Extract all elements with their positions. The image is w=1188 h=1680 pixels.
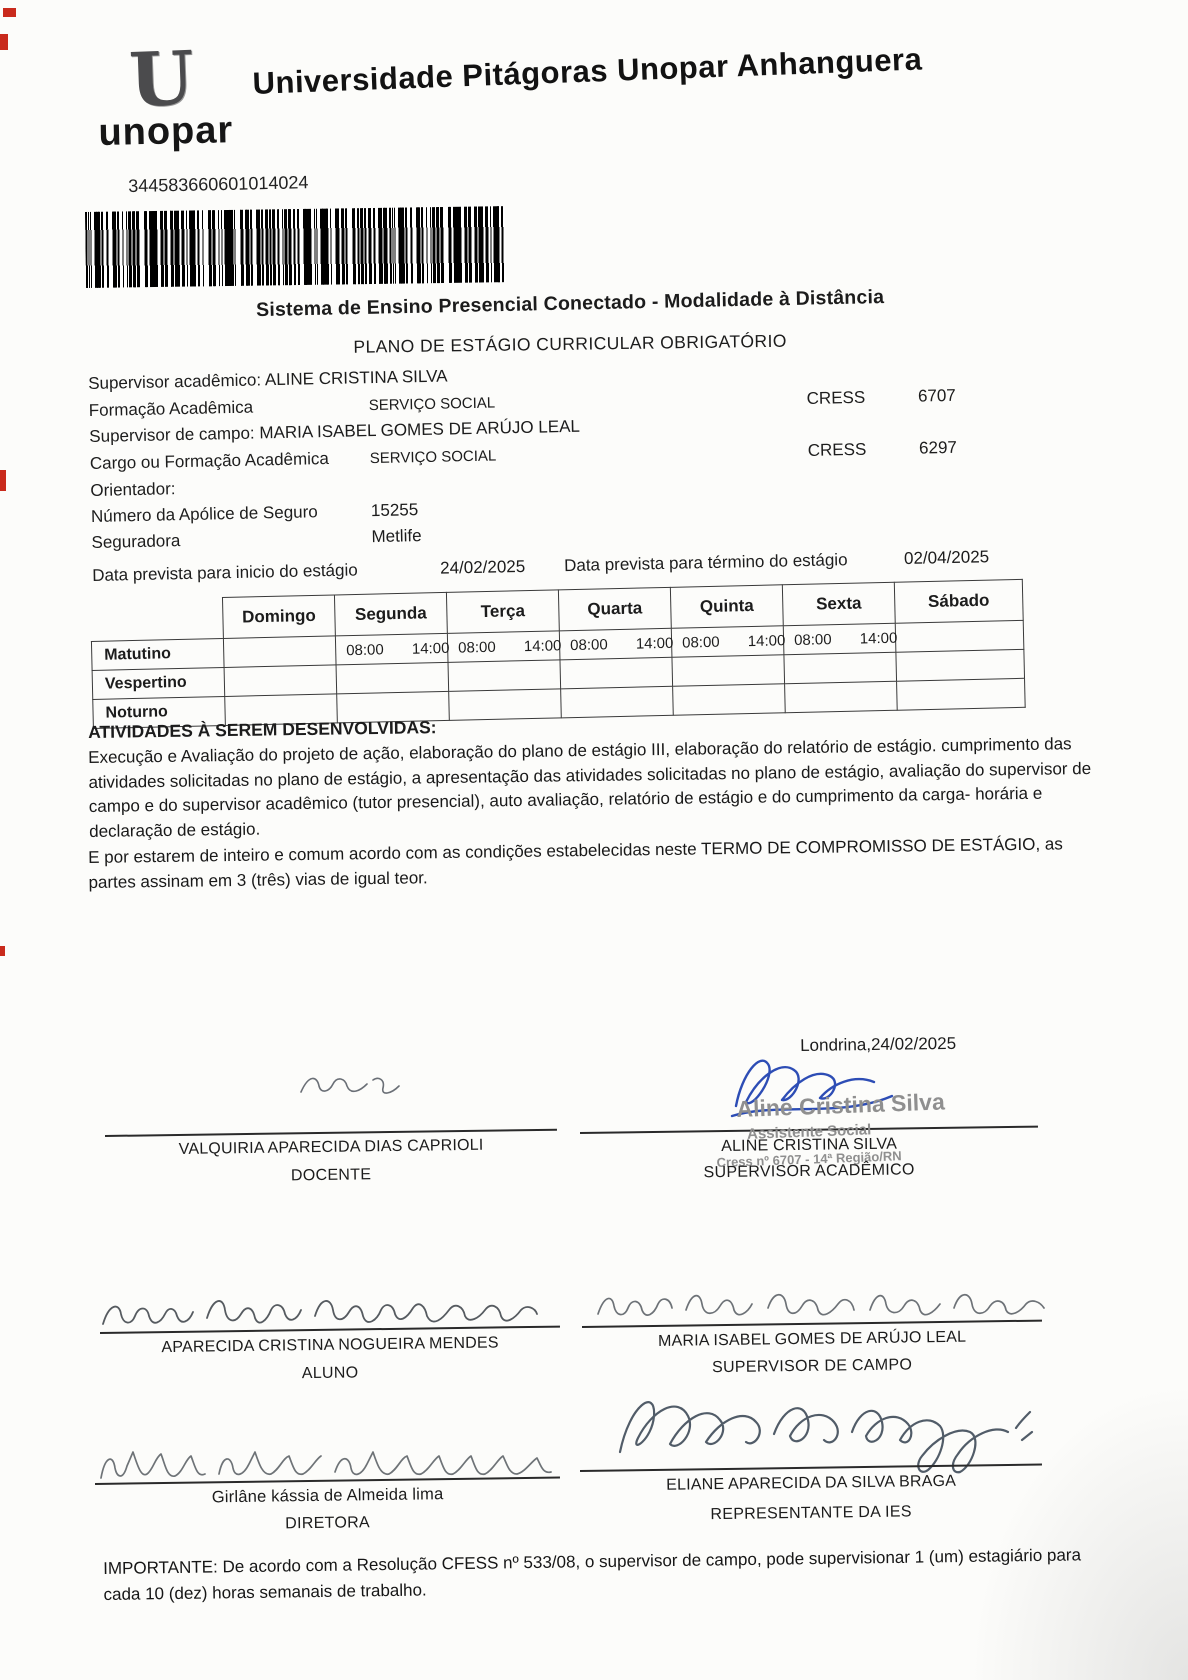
data-inicio-value: 24/02/2025 [440, 557, 525, 579]
cress-1: CRESS 6707 [806, 386, 956, 409]
schedule-cell: 08:00 14:00 [783, 623, 896, 655]
schedule-header-terca: Terça [446, 590, 559, 634]
schedule-header-blank [91, 597, 224, 641]
schedule-cell [223, 636, 336, 668]
cargo-value: SERVIÇO SOCIAL [370, 447, 497, 467]
activities-heading: ATIVIDADES À SEREM DESENVOLVIDAS: [88, 717, 437, 743]
schedule-cell [336, 662, 449, 694]
schedule-cell [672, 655, 785, 687]
data-inicio-label: Data prevista para inicio do estágio [92, 560, 358, 585]
schedule-cell [785, 681, 898, 713]
aluno-role: ALUNO [100, 1362, 560, 1386]
schedule-cell [784, 652, 897, 684]
schedule-cell [895, 620, 1024, 652]
schedule-cell [449, 689, 562, 721]
supervisor-campo-label: Supervisor de campo: [89, 424, 255, 446]
schedule-cell [673, 684, 786, 716]
docente-role: DOCENTE [105, 1164, 557, 1188]
diretora-role: DIRETORA [95, 1512, 560, 1536]
formacao-value: SERVIÇO SOCIAL [369, 394, 496, 414]
page-title: PLANO DE ESTÁGIO CURRICULAR OBRIGATÓRIO [120, 327, 1020, 361]
schedule-header-sexta: Sexta [782, 582, 895, 626]
schedule-header-quarta: Quarta [558, 587, 671, 631]
supervisor-campo-role: SUPERVISOR DE CAMPO [582, 1355, 1042, 1379]
supervisor-campo-name: MARIA ISABEL GOMES DE ARÚJO LEAL [582, 1328, 1042, 1352]
supervisor-academico-value: ALINE CRISTINA SILVA [265, 366, 448, 389]
schedule-header-domingo: Domingo [222, 595, 335, 639]
supervisor-academico-label: Supervisor acadêmico: [88, 370, 261, 393]
scan-artifact-red [0, 946, 5, 956]
scanned-document-page: { "header": { "logo_letter": "U", "logo_… [0, 0, 1188, 1680]
apolice-value: 15255 [371, 500, 419, 521]
seguradora-label: Seguradora [91, 531, 180, 552]
schedule-cell [561, 686, 674, 718]
row-label: Vespertino [92, 667, 225, 699]
orientador-label: Orientador: [90, 479, 175, 500]
docente-signature-scribble [295, 1066, 410, 1108]
schedule-header-quinta: Quinta [670, 585, 783, 629]
form-fields: Supervisor acadêmico: ALINE CRISTINA SIL… [88, 353, 1113, 604]
schedule-cell: 08:00 14:00 [671, 626, 784, 658]
university-title: Universidade Pitágoras Unopar Anhanguera [252, 41, 923, 102]
activities-paragraph: Execução e Avaliação do projeto de ação,… [88, 732, 1111, 844]
unopar-brand-text: unopar [98, 109, 234, 155]
scan-artifact-red [3, 8, 16, 17]
representante-ies-signature [604, 1382, 1044, 1477]
barcode [85, 206, 506, 288]
row-label: Matutino [91, 638, 224, 670]
footer-important-note: IMPORTANTE: De acordo com a Resolução CF… [103, 1542, 1104, 1608]
cargo-label: Cargo ou Formação Acadêmica [90, 449, 329, 473]
schedule-cell [224, 665, 337, 697]
schedule-header-sabado: Sábado [894, 579, 1023, 623]
system-line: Sistema de Ensino Presencial Conectado -… [120, 283, 1020, 325]
unopar-logo-icon: U [128, 42, 195, 118]
scan-artifact-red [0, 470, 6, 491]
schedule-cell: 08:00 14:00 [447, 631, 560, 663]
schedule-cell [448, 660, 561, 692]
cress-2: CRESS 6297 [808, 438, 958, 461]
docente-name: VALQUIRIA APARECIDA DIAS CAPRIOLI [105, 1136, 557, 1160]
schedule-cell: 08:00 14:00 [335, 633, 448, 665]
schedule-cell [560, 657, 673, 689]
seguradora-value: Metlife [371, 526, 421, 547]
schedule-table: Domingo Segunda Terça Quarta Quinta Sext… [90, 579, 1026, 729]
formacao-label: Formação Acadêmica [89, 398, 254, 420]
apolice-label: Número da Apólice de Seguro [91, 502, 318, 526]
schedule-cell [897, 678, 1026, 710]
schedule-cell: 08:00 14:00 [559, 628, 672, 660]
data-termino-label: Data prevista para término do estágio [564, 550, 848, 576]
schedule-header-segunda: Segunda [334, 592, 447, 636]
data-termino-value: 02/04/2025 [904, 547, 989, 569]
schedule-cell [896, 649, 1025, 681]
supervisor-campo-value: MARIA ISABEL GOMES DE ARÚJO LEAL [259, 417, 580, 443]
scan-artifact-red [0, 34, 8, 50]
document-number: 344583660601014024 [128, 172, 309, 197]
